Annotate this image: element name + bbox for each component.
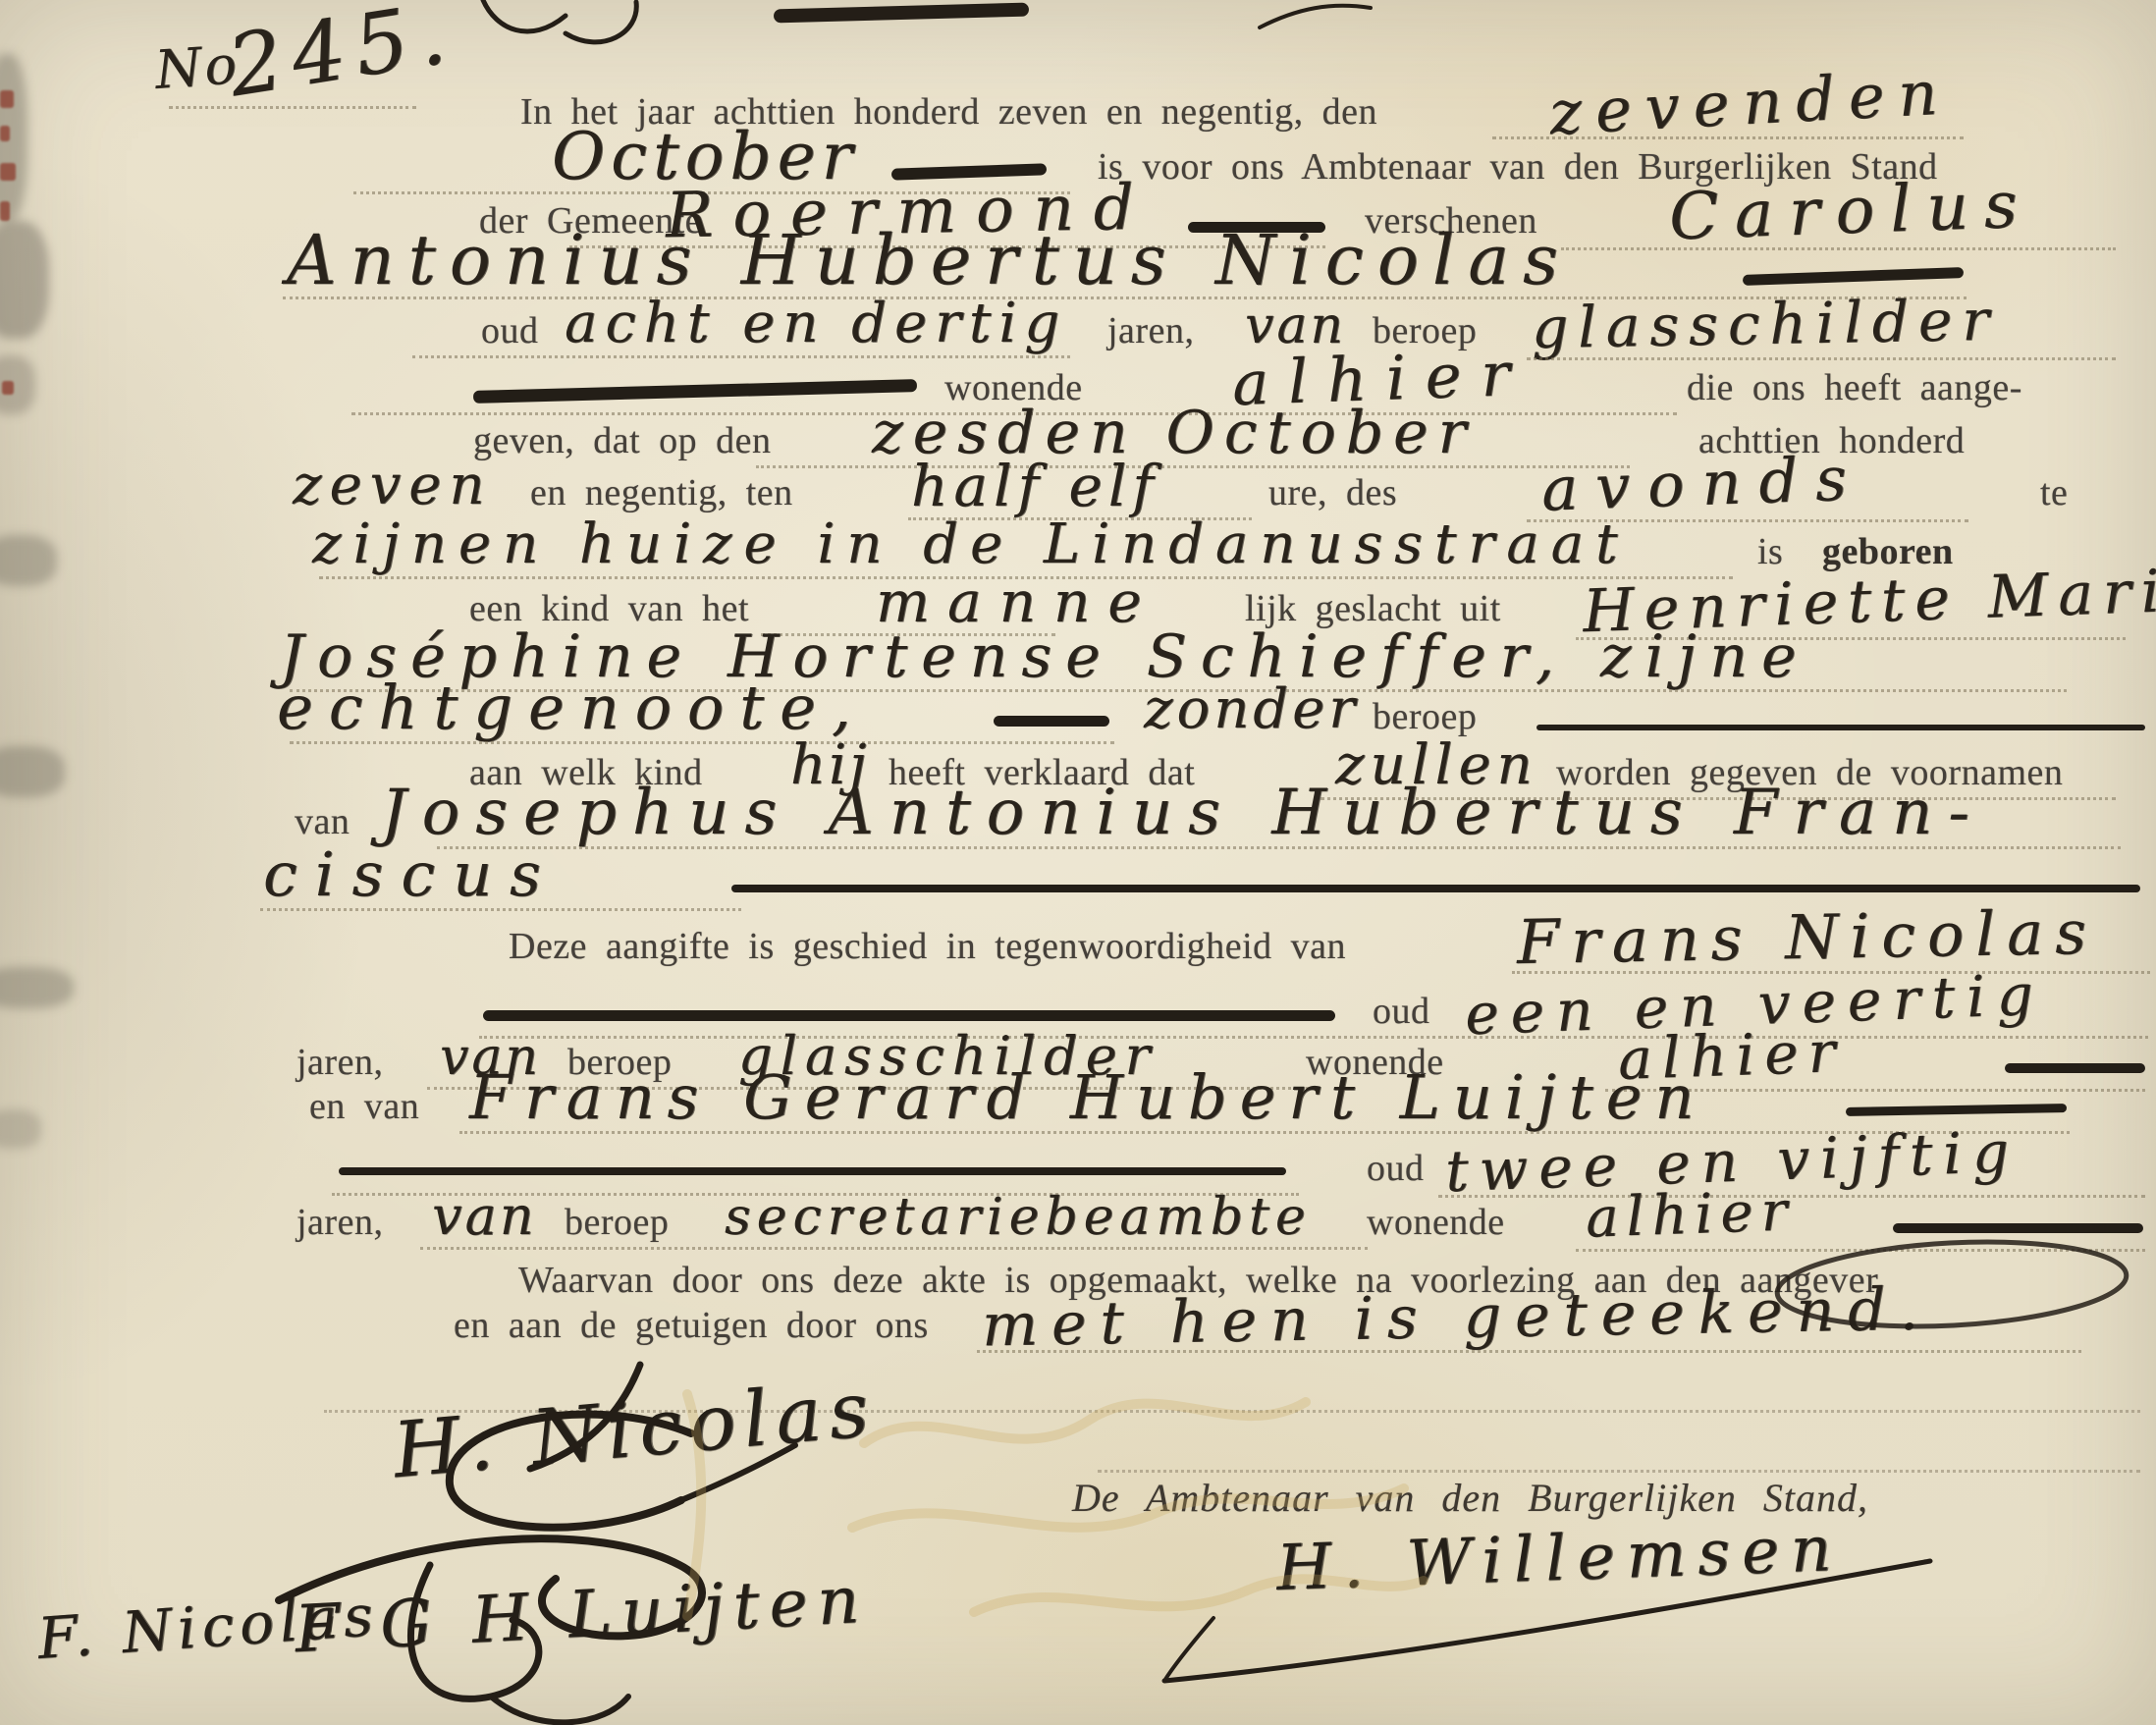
dotted-guide-line bbox=[260, 908, 741, 911]
margin-mark bbox=[2, 381, 14, 395]
official-caption: De Ambtenaar van den Burgerlijken Stand, bbox=[1072, 1479, 1868, 1518]
ink-dash bbox=[1743, 267, 1964, 286]
bleed-stain bbox=[0, 535, 57, 586]
entry-witness2-name: Frans Gerard Hubert Luijten bbox=[469, 1067, 1706, 1128]
form-text-wonende-w2: wonende bbox=[1367, 1204, 1505, 1241]
ink-dash bbox=[2005, 1063, 2145, 1073]
entry-witness2-residence: alhier bbox=[1585, 1184, 1796, 1246]
form-text-jaren-w1: jaren, bbox=[296, 1044, 383, 1081]
form-text-beroep-w2: beroep bbox=[565, 1204, 669, 1241]
entry-child-names-1: Josephus Antonius Hubertus Fran- bbox=[381, 782, 1985, 844]
dotted-guide-line bbox=[756, 465, 1630, 468]
bleed-stain bbox=[0, 746, 65, 797]
form-text-van: van bbox=[295, 803, 350, 840]
act-number: 245. bbox=[223, 0, 460, 110]
dotted-guide-line bbox=[1492, 136, 1964, 139]
margin-mark bbox=[0, 163, 16, 181]
form-text-jaren: jaren, bbox=[1107, 312, 1194, 350]
margin-mark bbox=[0, 126, 10, 141]
entry-child-names-2: ciscus bbox=[263, 844, 559, 905]
entry-declarant-occupation: glasschilder bbox=[1532, 292, 2000, 356]
ink-dash bbox=[483, 1010, 1335, 1021]
entry-declarant-age: acht en dertig bbox=[565, 296, 1067, 351]
form-text-aange: die ons heeft aange- bbox=[1687, 369, 2022, 406]
ink-line bbox=[339, 1167, 1286, 1175]
dotted-guide-line bbox=[479, 1036, 2148, 1039]
dotted-guide-line bbox=[437, 846, 2121, 849]
entry-mother-status: echtgenoote, bbox=[277, 677, 867, 738]
form-text-getuigen: en aan de getuigen door ons bbox=[454, 1307, 929, 1344]
signature-official: H. Willemsen bbox=[1275, 1518, 1844, 1600]
ink-dash bbox=[473, 379, 917, 404]
form-text-negentig-ten: en negentig, ten bbox=[530, 474, 793, 512]
dotted-rule bbox=[1098, 1470, 2140, 1473]
entry-zonder: zonder bbox=[1144, 682, 1359, 737]
dotted-guide-line bbox=[1527, 357, 2116, 360]
ink-line bbox=[731, 885, 2140, 892]
ink-dash bbox=[994, 716, 1109, 727]
ink-line bbox=[1536, 725, 2145, 730]
entry-birth-address: zijnen huize in de Lindanusstraat bbox=[312, 517, 1629, 572]
form-text-oud-w2: oud bbox=[1367, 1150, 1425, 1187]
form-text-en-van: en van bbox=[309, 1088, 419, 1125]
signature-declarant: H. Nicolas bbox=[391, 1372, 880, 1490]
margin-mark bbox=[0, 90, 14, 108]
form-text-beroep-mother: beroep bbox=[1373, 698, 1477, 735]
ink-dash bbox=[1846, 1104, 2067, 1116]
form-text-jaren-w2: jaren, bbox=[296, 1204, 383, 1241]
form-text-ure-des: ure, des bbox=[1268, 474, 1397, 512]
form-text-deze-aangifte: Deze aangifte is geschied in tegenwoordi… bbox=[509, 928, 1346, 965]
entry-year-part: zeven bbox=[293, 458, 493, 513]
margin-mark bbox=[0, 201, 10, 221]
entry-birth-time: half elf bbox=[911, 458, 1159, 514]
dotted-guide-line bbox=[290, 741, 1114, 744]
dotted-guide-line bbox=[169, 106, 416, 109]
bleed-stain bbox=[0, 1109, 41, 1149]
entry-declarant-names: Antonius Hubertus Nicolas bbox=[287, 226, 1572, 295]
entry-closing: met hen is geteekend. bbox=[982, 1280, 1932, 1356]
entry-day: zevenden bbox=[1548, 62, 1953, 143]
bleed-stain bbox=[0, 221, 49, 339]
entry-declarant-firstname: Carolus bbox=[1668, 173, 2034, 250]
entry-van-w2: van bbox=[432, 1190, 536, 1243]
form-text-is: is bbox=[1757, 533, 1783, 570]
entry-witness2-occupation: secretariebeambte bbox=[725, 1192, 1312, 1243]
signature-witness2: F G H Luijten bbox=[294, 1568, 871, 1663]
form-text-te: te bbox=[2040, 474, 2068, 512]
dotted-guide-line bbox=[412, 355, 1070, 358]
dotted-guide-line bbox=[1576, 1249, 2145, 1252]
birth-certificate-page: No 245. In het jaar achttien honderd zev… bbox=[0, 0, 2156, 1725]
form-text-oud: oud bbox=[481, 312, 539, 350]
dotted-guide-line bbox=[977, 1350, 2081, 1353]
dotted-guide-line bbox=[420, 1247, 1368, 1250]
entry-daypart: avonds bbox=[1540, 448, 1865, 519]
bleed-stain bbox=[0, 967, 74, 1008]
ink-dash bbox=[1893, 1223, 2143, 1233]
dotted-guide-line bbox=[1561, 247, 2116, 250]
form-text-oud-w1: oud bbox=[1373, 993, 1430, 1030]
form-text-geven: geven, dat op den bbox=[473, 422, 772, 459]
